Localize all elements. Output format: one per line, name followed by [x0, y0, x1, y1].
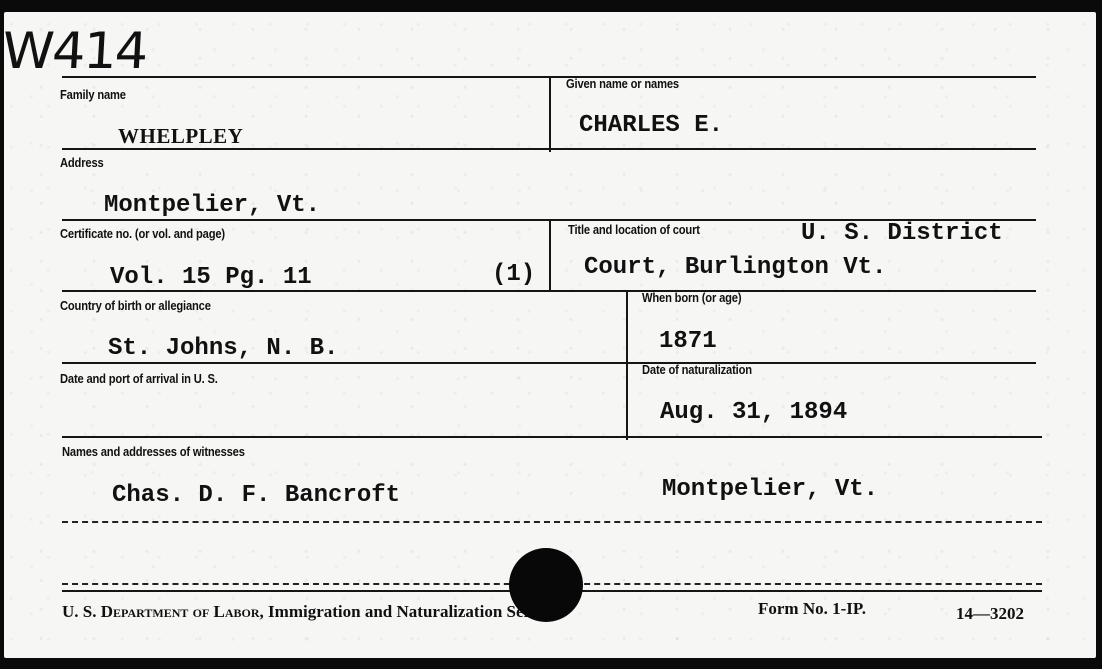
certificate-value: Vol. 15 Pg. 11 [110, 264, 312, 291]
witness-name: Chas. D. F. Bancroft [112, 482, 400, 509]
family-name-value: WHELPLEY [118, 124, 243, 149]
arrival-label: Date and port of arrival in U. S. [60, 371, 218, 386]
rule-country [62, 362, 1036, 364]
handwritten-card-id: W414 [1, 22, 148, 80]
address-label: Address [60, 155, 104, 170]
footer-agency-dept: Department of Labor, [101, 602, 264, 621]
country-value: St. Johns, N. B. [108, 335, 338, 362]
naturalization-date-label: Date of naturalization [642, 362, 752, 377]
given-name-value: CHARLES E. [579, 112, 723, 139]
divider-given [549, 78, 551, 152]
country-label: Country of birth or allegiance [60, 298, 211, 313]
given-name-label: Given name or names [566, 76, 679, 91]
divider-born [626, 292, 628, 440]
certificate-suffix: (1) [492, 261, 535, 288]
witnesses-label: Names and addresses of witnesses [62, 444, 245, 459]
rule-certificate [62, 290, 1036, 292]
when-born-value: 1871 [659, 328, 717, 355]
certificate-label: Certificate no. (or vol. and page) [60, 226, 225, 241]
witness-address: Montpelier, Vt. [662, 476, 878, 503]
court-label: Title and location of court [568, 222, 700, 237]
witness-dashed-rule-1 [62, 521, 1042, 523]
family-name-label: Family name [60, 87, 126, 102]
footer-agency-prefix: U. S. [62, 602, 96, 621]
address-value: Montpelier, Vt. [104, 192, 320, 219]
divider-court [549, 220, 551, 292]
rule-arrival [62, 436, 1042, 438]
footer-form-no: Form No. 1-IP. [758, 599, 866, 619]
footer-code: 14—3202 [956, 604, 1024, 624]
court-value-line2: Court, Burlington Vt. [584, 254, 886, 281]
rule-name [62, 148, 1036, 150]
punch-hole [509, 548, 583, 622]
footer-agency: U. S. Department of Labor, Immigration a… [62, 602, 564, 622]
court-value-line1: U. S. District [801, 220, 1003, 247]
when-born-label: When born (or age) [642, 290, 741, 305]
naturalization-date-value: Aug. 31, 1894 [660, 399, 847, 426]
